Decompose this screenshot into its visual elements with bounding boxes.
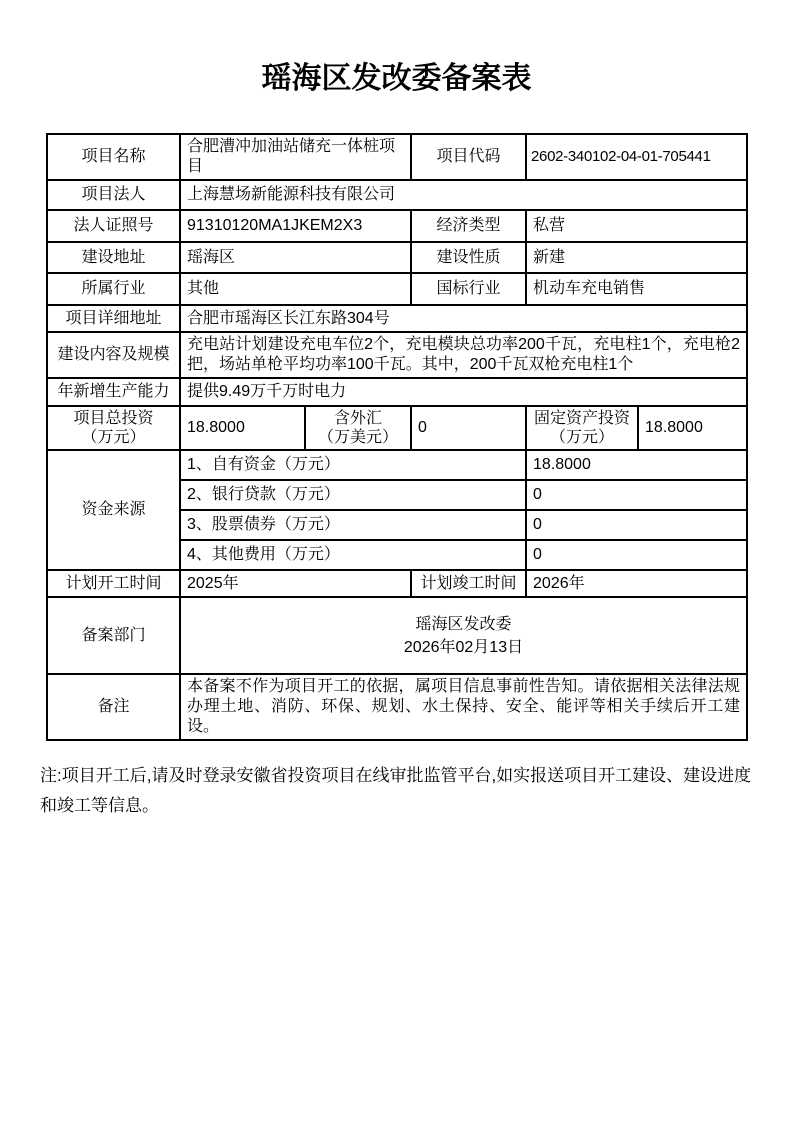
- field-label-new-capacity: 年新增生产能力: [47, 378, 180, 406]
- field-label-industry: 所属行业: [47, 273, 180, 305]
- total-investment-label-line2: （万元）: [50, 428, 177, 447]
- row-new-capacity: 年新增生产能力 提供9.49万千万时电力: [47, 378, 747, 406]
- field-label-funds-source: 资金来源: [47, 450, 180, 570]
- total-investment-label-line1: 项目总投资: [50, 409, 177, 428]
- field-label-remark: 备注: [47, 674, 180, 740]
- field-value-foreign-exchange: 0: [411, 406, 526, 450]
- field-value-new-capacity: 提供9.49万千万时电力: [180, 378, 747, 406]
- funds-item-name: 3、股票债券（万元）: [180, 510, 526, 540]
- footer-note: 注:项目开工后,请及时登录安徽省投资项目在线审批监管平台,如实报送项目开工建设、…: [40, 761, 755, 821]
- field-label-project-name: 项目名称: [47, 134, 180, 180]
- field-label-plan-finish: 计划竣工时间: [411, 570, 526, 597]
- field-label-build-nature: 建设性质: [411, 242, 526, 273]
- field-value-project-code: 2602-340102-04-01-705441: [526, 134, 747, 180]
- field-label-build-address: 建设地址: [47, 242, 180, 273]
- row-industry: 所属行业 其他 国标行业 机动车充电销售: [47, 273, 747, 305]
- document-page: 瑶海区发改委备案表 项目名称 合肥漕冲加油站储充一体桩项目 项目代码 2602-…: [0, 0, 793, 1122]
- field-label-foreign-exchange: 含外汇 （万美元）: [305, 406, 411, 450]
- field-value-legal-person: 上海慧场新能源科技有限公司: [180, 180, 747, 210]
- field-label-economic-type: 经济类型: [411, 210, 526, 242]
- fixed-assets-label-line1: 固定资产投资: [529, 409, 635, 428]
- row-plan-dates: 计划开工时间 2025年 计划竣工时间 2026年: [47, 570, 747, 597]
- filing-form-table: 项目名称 合肥漕冲加油站储充一体桩项目 项目代码 2602-340102-04-…: [46, 133, 748, 741]
- field-label-license-no: 法人证照号: [47, 210, 180, 242]
- funds-item-name: 2、银行贷款（万元）: [180, 480, 526, 510]
- field-label-record-dept: 备案部门: [47, 597, 180, 674]
- field-value-industry: 其他: [180, 273, 411, 305]
- row-remark: 备注 本备案不作为项目开工的依据，属项目信息事前性告知。请依据相关法律法规办理土…: [47, 674, 747, 740]
- row-content-scale: 建设内容及规模 充电站计划建设充电车位2个，充电模块总功率200千瓦，充电柱1个…: [47, 332, 747, 378]
- field-value-record-dept: 瑶海区发改委 2026年02月13日: [180, 597, 747, 674]
- foreign-exchange-label-line2: （万美元）: [308, 428, 408, 447]
- field-value-fixed-assets: 18.8000: [638, 406, 747, 450]
- field-value-content-scale: 充电站计划建设充电车位2个，充电模块总功率200千瓦，充电柱1个，充电枪2把，场…: [180, 332, 747, 378]
- field-label-project-code: 项目代码: [411, 134, 526, 180]
- row-build-address: 建设地址 瑶海区 建设性质 新建: [47, 242, 747, 273]
- field-label-total-investment: 项目总投资 （万元）: [47, 406, 180, 450]
- funds-item-value: 0: [526, 480, 747, 510]
- field-label-national-industry: 国标行业: [411, 273, 526, 305]
- record-dept-name: 瑶海区发改委: [187, 613, 740, 636]
- field-value-plan-finish: 2026年: [526, 570, 747, 597]
- row-funds-item-1: 资金来源 1、自有资金（万元） 18.8000: [47, 450, 747, 480]
- row-detail-address: 项目详细地址 合肥市瑶海区长江东路304号: [47, 305, 747, 332]
- row-legal-person: 项目法人 上海慧场新能源科技有限公司: [47, 180, 747, 210]
- field-value-project-name: 合肥漕冲加油站储充一体桩项目: [180, 134, 411, 180]
- field-label-fixed-assets: 固定资产投资 （万元）: [526, 406, 638, 450]
- fixed-assets-label-line2: （万元）: [529, 428, 635, 447]
- field-value-build-address: 瑶海区: [180, 242, 411, 273]
- funds-item-value: 0: [526, 540, 747, 570]
- row-record-dept: 备案部门 瑶海区发改委 2026年02月13日: [47, 597, 747, 674]
- field-value-license-no: 91310120MA1JKEM2X3: [180, 210, 411, 242]
- row-project-name: 项目名称 合肥漕冲加油站储充一体桩项目 项目代码 2602-340102-04-…: [47, 134, 747, 180]
- field-value-national-industry: 机动车充电销售: [526, 273, 747, 305]
- field-value-detail-address: 合肥市瑶海区长江东路304号: [180, 305, 747, 332]
- field-value-total-investment: 18.8000: [180, 406, 305, 450]
- field-label-plan-start: 计划开工时间: [47, 570, 180, 597]
- row-license-no: 法人证照号 91310120MA1JKEM2X3 经济类型 私营: [47, 210, 747, 242]
- page-title: 瑶海区发改委备案表: [0, 0, 793, 97]
- record-dept-date: 2026年02月13日: [187, 636, 740, 659]
- field-value-remark: 本备案不作为项目开工的依据，属项目信息事前性告知。请依据相关法律法规办理土地、消…: [180, 674, 747, 740]
- funds-item-value: 0: [526, 510, 747, 540]
- row-investment: 项目总投资 （万元） 18.8000 含外汇 （万美元） 0 固定资产投资 （万…: [47, 406, 747, 450]
- funds-item-name: 1、自有资金（万元）: [180, 450, 526, 480]
- field-value-economic-type: 私营: [526, 210, 747, 242]
- field-label-detail-address: 项目详细地址: [47, 305, 180, 332]
- foreign-exchange-label-line1: 含外汇: [308, 409, 408, 428]
- field-value-plan-start: 2025年: [180, 570, 411, 597]
- field-value-build-nature: 新建: [526, 242, 747, 273]
- field-label-content-scale: 建设内容及规模: [47, 332, 180, 378]
- funds-item-value: 18.8000: [526, 450, 747, 480]
- funds-item-name: 4、其他费用（万元）: [180, 540, 526, 570]
- field-label-legal-person: 项目法人: [47, 180, 180, 210]
